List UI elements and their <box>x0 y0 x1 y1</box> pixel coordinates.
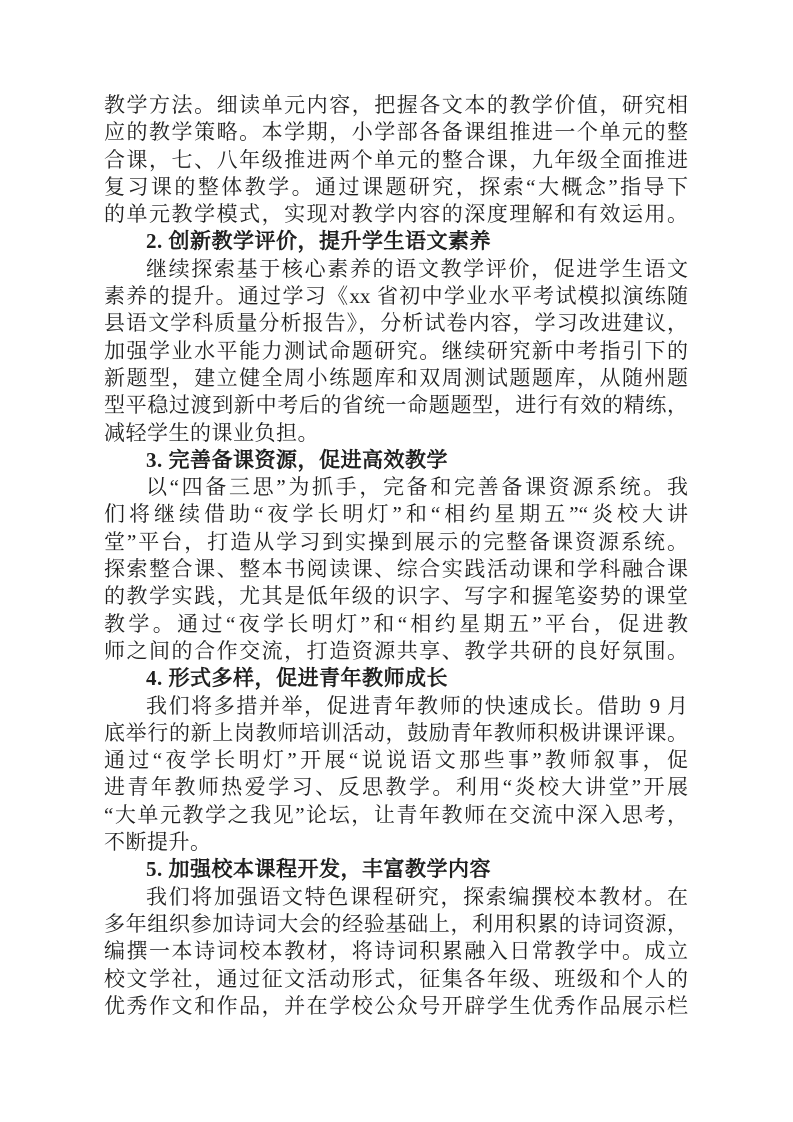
paragraph-line: 新题型，建立健全周小练题库和双周测试题题库，从随州题 <box>104 365 688 392</box>
document-text-block: 教学方法。细读单元内容，把握各文本的教学价值，研究相应的教学策略。本学期，小学部… <box>104 92 688 1020</box>
paragraph-line: 们将继续借助“夜学长明灯”和“相约星期五”“炎校大讲 <box>104 501 688 528</box>
document-page: 教学方法。细读单元内容，把握各文本的教学价值，研究相应的教学策略。本学期，小学部… <box>0 0 793 1122</box>
paragraph-line: 复习课的整体教学。通过课题研究，探索“大概念”指导下 <box>104 174 688 201</box>
paragraph-line: “大单元教学之我见”论坛，让青年教师在交流中深入思考， <box>104 802 688 829</box>
paragraph-line: 的单元教学模式，实现对教学内容的深度理解和有效运用。 <box>104 201 688 228</box>
paragraph-line: 教学方法。细读单元内容，把握各文本的教学价值，研究相 <box>104 92 688 119</box>
paragraph-line: 多年组织参加诗词大会的经验基础上，利用积累的诗词资源， <box>104 911 688 938</box>
paragraph-line: 素养的提升。通过学习《xx 省初中学业水平考试模拟演练随 <box>104 283 688 310</box>
paragraph-line: 通过“夜学长明灯”开展“说说语文那些事”教师叙事，促 <box>104 747 688 774</box>
paragraph-line: 不断提升。 <box>104 829 688 856</box>
section-heading: 4. 形式多样，促进青年教师成长 <box>104 665 688 692</box>
section-heading: 3. 完善备课资源，促进高效教学 <box>104 447 688 474</box>
paragraph-line: 进青年教师热爱学习、反思教学。利用“炎校大讲堂”开展 <box>104 774 688 801</box>
paragraph-line: 合课，七、八年级推进两个单元的整合课，九年级全面推进 <box>104 147 688 174</box>
paragraph-line: 我们将多措并举，促进青年教师的快速成长。借助 9 月 <box>104 693 688 720</box>
paragraph-line: 继续探索基于核心素养的语文教学评价，促进学生语文 <box>104 256 688 283</box>
paragraph-line: 优秀作文和作品，并在学校公众号开辟学生优秀作品展示栏 <box>104 993 688 1020</box>
paragraph-line: 县语文学科质量分析报告》，分析试卷内容，学习改进建议， <box>104 310 688 337</box>
paragraph-line: 型平稳过渡到新中考后的省统一命题题型，进行有效的精练， <box>104 392 688 419</box>
paragraph-line: 堂”平台，打造从学习到实操到展示的完整备课资源系统。 <box>104 529 688 556</box>
paragraph-line: 探索整合课、整本书阅读课、综合实践活动课和学科融合课 <box>104 556 688 583</box>
paragraph-line: 减轻学生的课业负担。 <box>104 420 688 447</box>
paragraph-line: 编撰一本诗词校本教材，将诗词积累融入日常教学中。成立 <box>104 938 688 965</box>
paragraph-line: 教学。通过“夜学长明灯”和“相约星期五”平台，促进教 <box>104 611 688 638</box>
paragraph-line: 应的教学策略。本学期，小学部各备课组推进一个单元的整 <box>104 119 688 146</box>
paragraph-line: 校文学社，通过征文活动形式，征集各年级、班级和个人的 <box>104 966 688 993</box>
paragraph-line: 师之间的合作交流，打造资源共享、教学共研的良好氛围。 <box>104 638 688 665</box>
section-heading: 5. 加强校本课程开发，丰富教学内容 <box>104 856 688 883</box>
paragraph-line: 加强学业水平能力测试命题研究。继续研究新中考指引下的 <box>104 338 688 365</box>
paragraph-line: 底举行的新上岗教师培训活动，鼓励青年教师积极讲课评课。 <box>104 720 688 747</box>
paragraph-line: 我们将加强语文特色课程研究，探索编撰校本教材。在 <box>104 884 688 911</box>
paragraph-line: 的教学实践，尤其是低年级的识字、写字和握笔姿势的课堂 <box>104 583 688 610</box>
paragraph-line: 以“四备三思”为抓手，完备和完善备课资源系统。我 <box>104 474 688 501</box>
section-heading: 2. 创新教学评价，提升学生语文素养 <box>104 228 688 255</box>
